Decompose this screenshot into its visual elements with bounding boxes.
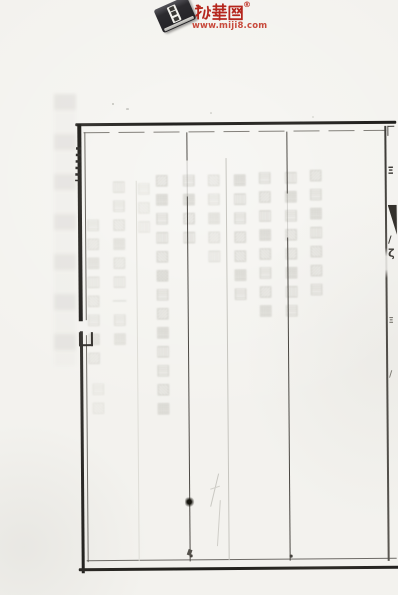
ghost-text-column: ▧ ▤ ▦ ▨ ▥ [204,170,225,265]
column-rule-foot-mark [290,555,293,558]
page-frame: ▤ ▨ ▦ ▥ ▧ ▤ ▩ ▨▤ ▧▥ ▤ ▧ ▦ ▨ ▥ — ▤ ▦▤ ▧ ▥… [0,0,398,595]
ghost-text-column: ▤ ▦ ▨ ▥ [179,170,200,246]
ink-blot [185,497,194,507]
ghost-text-layer: ▤ ▨ ▦ ▥ ▧ ▤ ▩ ▨▤ ▧▥ ▤ ▧ ▦ ▨ ▥ — ▤ ▦▤ ▧ ▥… [0,0,398,595]
border-break-mark [79,332,93,346]
binding-tick-marks [75,147,81,181]
ghost-text-column: ▥ ▤ ▧ ▦ ▨ ▥ — ▤ ▦ [109,177,130,348]
spine-glyph-fragment: ζ [388,248,395,259]
spine-glyph-fragment [387,126,394,136]
spine-glyph-fragment: / [389,371,392,380]
ghost-text-column: ▨ ▤ ▦ ▥ ▧ ▨ ▤ [306,165,327,298]
ghost-text-column: ▤ ▧ [88,379,108,417]
spine-glyph-fragment: Ξ [389,317,394,325]
ghost-text-column: ▤ ▨ ▥ ▦ ▧ ▤ ▨ ▦ [255,168,276,320]
ghost-text-column: ▨ ▦ ▤ ▥ ▧ ▩ ▤ ▨ ▦ ▥ ▤ ▧ ▦ [152,171,174,418]
spine-glyph-fragment: Ξ [387,167,393,177]
spine-glyph-fragment: / [388,236,392,246]
spine-glyph-fragment [388,205,397,235]
ghost-text-column: ▥ ▦ ▤ ▧ ▨ ▦ ▥ ▤ [281,168,302,320]
ghost-text-column: ▦ ▥ ▤ ▨ ▧ ▦ ▤ [230,170,251,303]
scanned-book-page: { "watermark": { "brand": "秘籍网", "regist… [0,0,398,595]
